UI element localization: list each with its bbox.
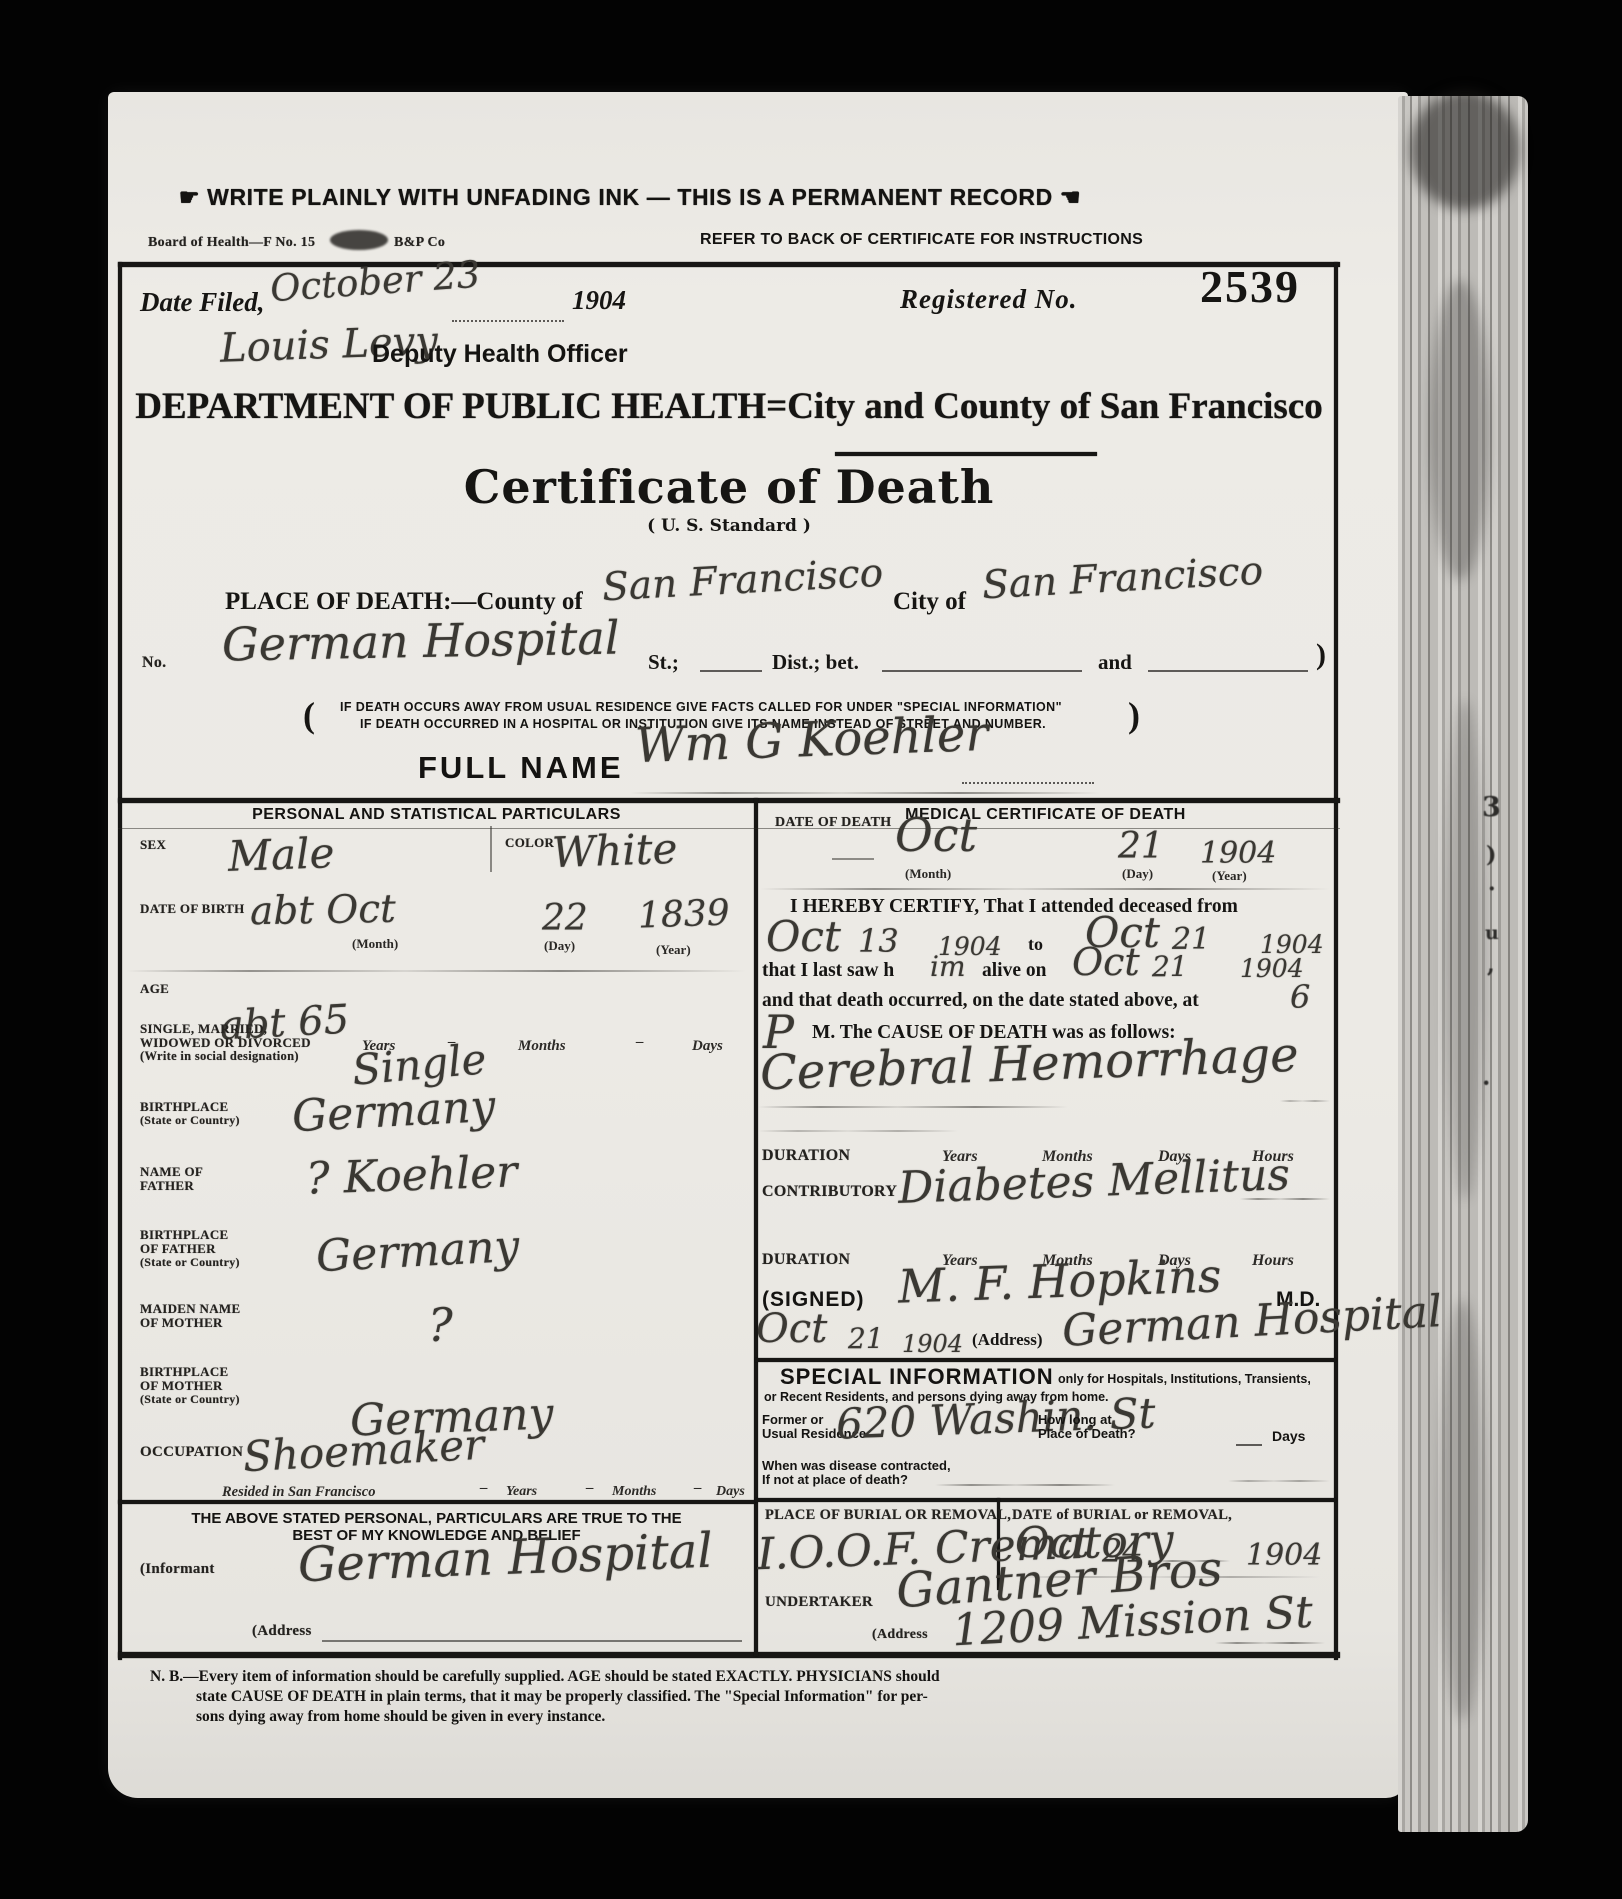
fill-line — [322, 1640, 742, 1642]
edge-stray-glyph: u — [1485, 922, 1499, 944]
page-edge-smudge — [1430, 280, 1490, 580]
note-paren-open: ( — [303, 694, 315, 736]
to-label: to — [1028, 934, 1043, 955]
burial-divider-rule — [755, 1498, 1336, 1502]
fill-line — [962, 782, 1094, 784]
certificate-subtitle: ( U. S. Standard ) — [118, 516, 1340, 536]
faint-rule — [758, 1130, 958, 1132]
birthplace-label: BIRTHPLACE — [140, 1100, 229, 1114]
faint-rule — [760, 888, 1330, 890]
scan-speck — [888, 118, 894, 123]
year-caption: (Year) — [1212, 868, 1247, 884]
dod-month-value: Oct — [895, 808, 977, 862]
fill-line — [700, 670, 762, 672]
day-caption: (Day) — [1122, 866, 1153, 882]
registered-no-value: 2539 — [1200, 260, 1300, 313]
and-label: and — [1098, 650, 1132, 675]
how-long-label-line2: Place of Death? — [1038, 1426, 1136, 1441]
last-saw-text-pre: that I last saw h — [762, 960, 894, 982]
note-paren-close: ) — [1128, 694, 1140, 736]
month-caption: (Month) — [352, 936, 398, 952]
duration-hours-unit: Hours — [1252, 1252, 1294, 1270]
dash: – — [694, 1480, 702, 1497]
faint-rule — [1215, 1642, 1325, 1644]
edge-stray-glyph: ) — [1486, 842, 1496, 868]
faint-rule — [1228, 1480, 1330, 1482]
resided-years-unit: Years — [506, 1484, 537, 1500]
page-edge-smudge — [1440, 1300, 1485, 1720]
mother-birthplace-label-line1: BIRTHPLACE — [140, 1365, 229, 1379]
no-label: No. — [142, 655, 166, 672]
state-country-caption: (State or Country) — [140, 1256, 240, 1269]
faint-rule — [126, 970, 746, 972]
resided-label: Resided in San Francisco — [222, 1484, 375, 1501]
faint-rule — [935, 1484, 1115, 1486]
dash: – — [636, 1034, 644, 1051]
informant-address-label: (Address — [252, 1624, 312, 1640]
day-caption: (Day) — [544, 938, 575, 954]
sex-label: SEX — [140, 838, 166, 852]
scanned-death-certificate: 3 ) · u , · ☛ WRITE PLAINLY WITH UNFADIN… — [0, 0, 1622, 1899]
attended-from-day: 13 — [858, 922, 899, 960]
special-info-divider-rule — [755, 1358, 1336, 1362]
last-saw-day: 21 — [1152, 950, 1188, 983]
last-saw-text-post: alive on — [982, 960, 1046, 982]
dob-day-value: 22 — [542, 898, 588, 939]
department-title: DEPARTMENT OF PUBLIC HEALTH=City and Cou… — [118, 385, 1340, 428]
stamp-blot — [330, 230, 388, 250]
footnote-line1: N. B.—Every item of information should b… — [150, 1668, 940, 1686]
faint-rule — [758, 1106, 1068, 1108]
pointing-hand-left-icon: ☚ — [1060, 184, 1081, 210]
former-residence-label-line1: Former or — [762, 1412, 823, 1427]
hour-of-death-value: 6 — [1290, 978, 1310, 1016]
occupation-label: OCCUPATION — [140, 1445, 243, 1461]
state-country-caption: (State or Country) — [140, 1393, 240, 1406]
faint-rule — [1240, 1198, 1330, 1200]
fill-line — [1148, 670, 1308, 672]
how-long-label-line1: How long at — [1038, 1412, 1112, 1427]
center-column-divider — [754, 798, 758, 1656]
color-cell-divider — [490, 826, 492, 872]
signed-date-day: 21 — [848, 1322, 884, 1355]
refer-to-back-note: REFER TO BACK OF CERTIFICATE FOR INSTRUC… — [700, 231, 1135, 249]
edge-stray-glyph: · — [1488, 876, 1496, 902]
page-edge-smudge — [1445, 700, 1485, 1200]
city-label: City of — [893, 588, 966, 616]
form-reference: Board of Health—F No. 15 — [148, 236, 315, 251]
mother-birthplace-label-line2: OF MOTHER — [140, 1379, 223, 1393]
date-filed-label: Date Filed, — [140, 287, 264, 318]
father-birthplace-label-line2: OF FATHER — [140, 1242, 216, 1256]
short-divider-rule — [835, 452, 1097, 456]
dod-year-value: 1904 — [1200, 836, 1276, 871]
marital-label-line3: (Write in social designation) — [140, 1050, 299, 1063]
dist-label: Dist.; bet. — [772, 650, 859, 675]
fill-line — [882, 670, 1082, 672]
page-edge-smudge — [1410, 90, 1520, 210]
signed-date-month: Oct — [756, 1306, 827, 1352]
resided-days-unit: Days — [716, 1484, 745, 1500]
undertaker-address-label: (Address — [872, 1628, 928, 1643]
duration-label: DURATION — [762, 1252, 850, 1269]
age-label: AGE — [140, 982, 169, 996]
st-label: St.; — [648, 650, 679, 675]
last-saw-month: Oct — [1072, 940, 1140, 984]
undertaker-label: UNDERTAKER — [765, 1595, 873, 1611]
disease-contracted-label-line2: If not at place of death? — [762, 1472, 908, 1487]
edge-stray-glyph: 3 — [1482, 792, 1501, 823]
father-birthplace-label-line1: BIRTHPLACE — [140, 1228, 229, 1242]
resided-months-unit: Months — [612, 1484, 656, 1500]
disease-contracted-label-line1: When was disease contracted, — [762, 1458, 951, 1473]
footnote-line2: state CAUSE OF DEATH in plain terms, tha… — [196, 1688, 928, 1706]
special-info-title: SPECIAL INFORMATION — [780, 1364, 1054, 1390]
birthplace-value: Germany — [291, 1081, 497, 1143]
section-divider-rule — [118, 798, 1340, 803]
certificate-title: Certificate of Death — [118, 460, 1340, 514]
faint-rule — [1280, 1100, 1330, 1102]
form-reference-co: B&P Co — [394, 236, 445, 251]
affirmation-divider-rule — [118, 1500, 755, 1504]
permanent-record-banner: ☛ WRITE PLAINLY WITH UNFADING INK — THIS… — [170, 184, 1090, 211]
contributory-label: CONTRIBUTORY — [762, 1184, 897, 1201]
pointing-hand-right-icon: ☛ — [179, 184, 200, 210]
signed-date-year: 1904 — [902, 1330, 963, 1358]
month-caption: (Month) — [905, 866, 951, 882]
last-saw-hand-letters: im — [930, 950, 966, 983]
mother-name-value: ? — [428, 1298, 453, 1352]
dob-year-value: 1839 — [637, 892, 730, 936]
duration-label: DURATION — [762, 1148, 850, 1165]
state-country-caption: (State or Country) — [140, 1114, 240, 1127]
dob-month-value: abt Oct — [250, 887, 397, 935]
edge-stray-glyph: , — [1487, 952, 1495, 978]
footnote-line3: sons dying away from home should be give… — [196, 1708, 605, 1726]
father-name-value: ? Koehler — [305, 1146, 518, 1204]
father-name-label-line2: FATHER — [140, 1179, 194, 1193]
full-name-label: FULL NAME — [418, 750, 624, 786]
box-bottom-rule — [118, 1652, 1340, 1658]
date-of-death-label: DATE OF DEATH — [775, 816, 891, 831]
mother-name-label-line2: OF MOTHER — [140, 1316, 223, 1330]
burial-date-year: 1904 — [1246, 1538, 1322, 1573]
edge-stray-glyph: · — [1482, 1068, 1490, 1097]
death-occurred-text: and that death occurred, on the date sta… — [762, 990, 1199, 1012]
attended-from-month: Oct — [766, 912, 841, 961]
closing-paren: ) — [1316, 638, 1326, 672]
personal-section-header: PERSONAL AND STATISTICAL PARTICULARS — [118, 806, 755, 824]
dash: – — [480, 1480, 488, 1497]
color-label: COLOR — [505, 836, 554, 850]
banner-text: WRITE PLAINLY WITH UNFADING INK — THIS I… — [207, 184, 1053, 210]
dod-day-value: 21 — [1118, 826, 1164, 867]
faint-rule — [630, 792, 1100, 794]
fill-line — [832, 858, 874, 860]
how-long-days-unit: Days — [1272, 1428, 1305, 1444]
age-days-unit: Days — [692, 1038, 723, 1055]
signed-address-label: (Address) — [972, 1330, 1043, 1350]
informant-label: (Informant — [140, 1562, 215, 1578]
father-name-label-line1: NAME OF — [140, 1165, 203, 1179]
father-birthplace-value: Germany — [315, 1221, 521, 1283]
special-info-note-line1: only for Hospitals, Institutions, Transi… — [1058, 1372, 1311, 1386]
certify-statement: I HEREBY CERTIFY, That I attended deceas… — [790, 896, 1238, 918]
fill-line — [452, 320, 564, 322]
marital-label-line2: WIDOWED OR DIVORCED — [140, 1036, 311, 1050]
year-caption: (Year) — [656, 942, 691, 958]
sex-value: Male — [227, 828, 335, 881]
marital-label-line1: SINGLE, MARRIED, — [140, 1022, 267, 1036]
officer-title: Deputy Health Officer — [372, 340, 628, 369]
institution-value: German Hospital — [222, 611, 620, 672]
date-filed-year: 1904 — [572, 285, 626, 316]
dob-label: DATE OF BIRTH — [140, 902, 245, 916]
mother-name-label-line1: MAIDEN NAME — [140, 1302, 240, 1316]
registered-no-label: Registered No. — [900, 284, 1077, 315]
dash: – — [586, 1480, 594, 1497]
color-value: White — [551, 824, 678, 877]
age-months-unit: Months — [518, 1038, 566, 1055]
fill-line — [1236, 1444, 1262, 1446]
